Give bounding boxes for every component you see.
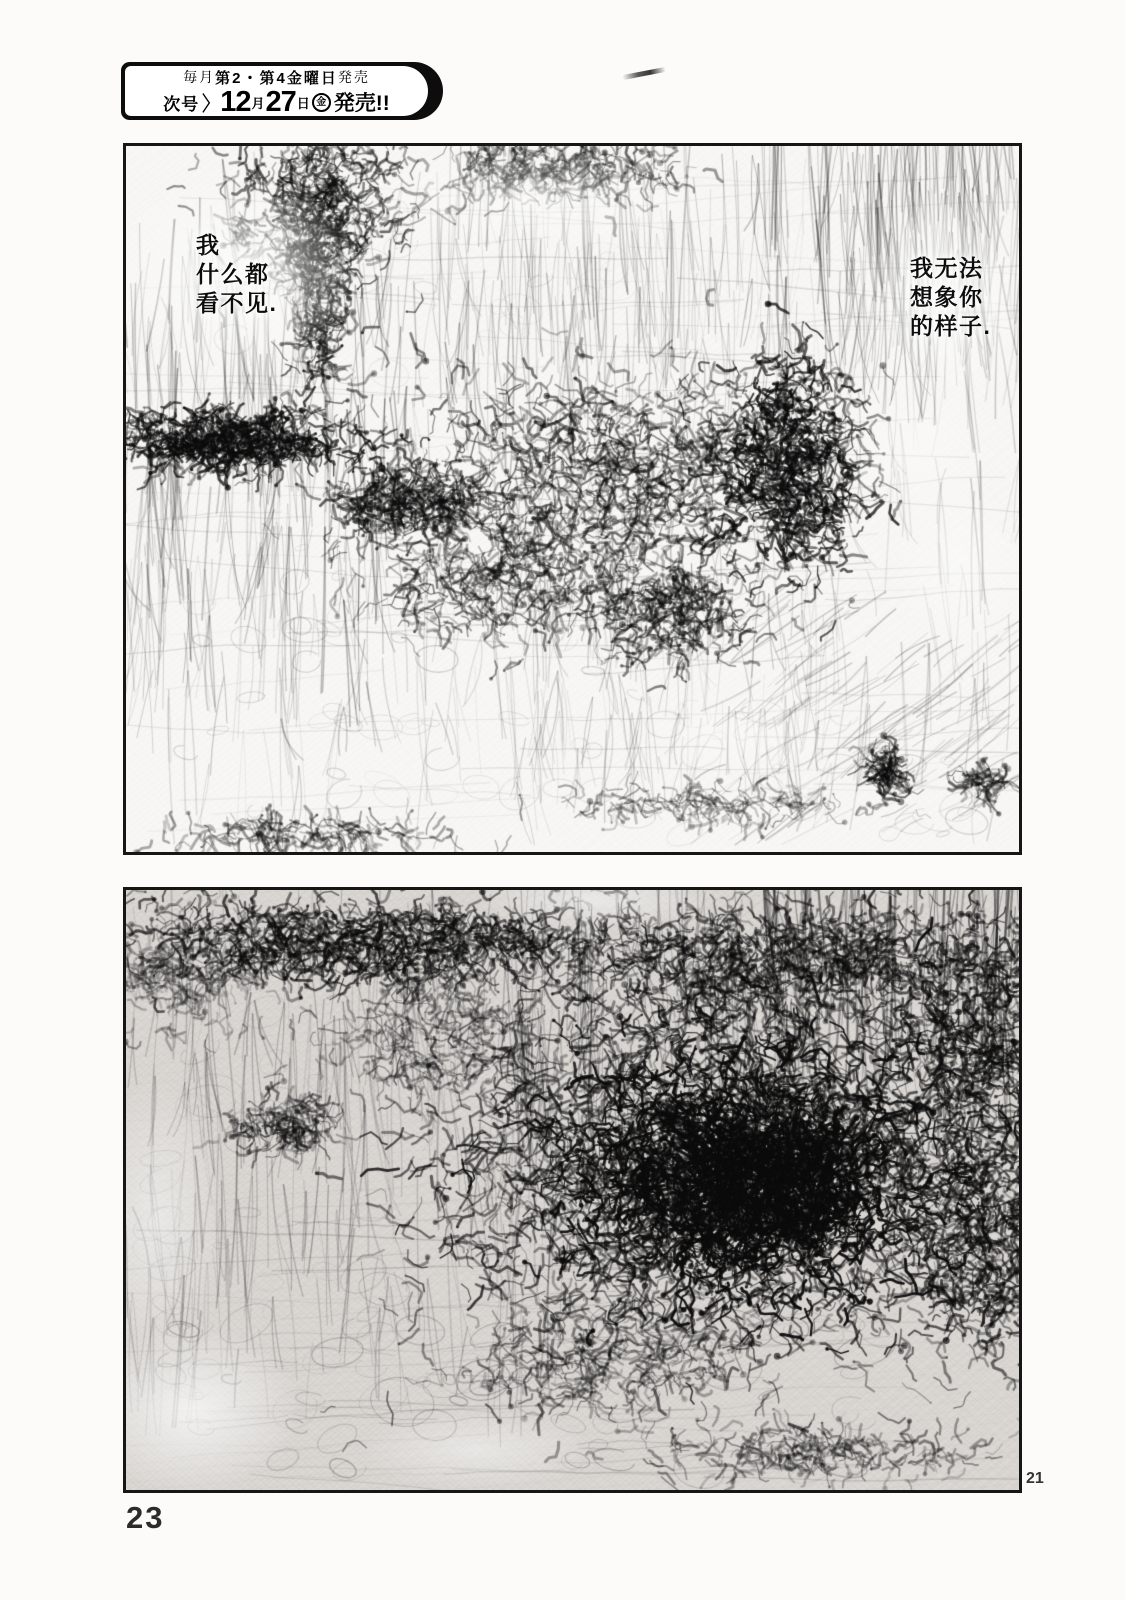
next-issue-banner: 毎月 第2・第4金曜日 発売 次号 〉 12 月 27 日 金 発売!! <box>121 62 443 120</box>
banner-date-month-number: 12 <box>220 89 250 115</box>
banner-date-line: 次号 〉 12 月 27 日 金 発売!! <box>125 87 428 116</box>
speech-right-line: 的样子. <box>910 312 991 341</box>
speech-right: 我无法 想象你 的样子. <box>910 254 991 341</box>
banner-date-month-unit: 月 <box>251 93 264 112</box>
manga-page: 毎月 第2・第4金曜日 発売 次号 〉 12 月 27 日 金 発売!! 我 什… <box>0 0 1125 1600</box>
speech-right-line: 我无法 <box>910 254 991 283</box>
speech-left-line: 什么都 <box>196 260 277 289</box>
panel-page-number: 21 <box>1026 1470 1044 1488</box>
panel-bottom-artwork-canvas <box>126 890 1019 1490</box>
page-number: 23 <box>126 1500 164 1536</box>
stray-pencil-mark <box>622 67 666 80</box>
banner-date-day-unit: 日 <box>297 93 310 112</box>
speech-right-line: 想象你 <box>910 283 991 312</box>
speech-left-line: 看不见. <box>196 289 277 318</box>
circled-friday-icon: 金 <box>312 93 331 112</box>
chevron-right-icon: 〉 <box>202 88 218 116</box>
speech-left: 我 什么都 看不见. <box>196 231 277 318</box>
banner-date-day-number: 27 <box>266 89 296 115</box>
banner-schedule-strong: 第2・第4金曜日 <box>215 67 338 88</box>
speech-left-line: 我 <box>196 231 277 260</box>
banner-schedule-prefix: 毎月 <box>183 67 215 87</box>
banner-next-issue-label: 次号 <box>163 90 199 115</box>
banner-schedule-line: 毎月 第2・第4金曜日 発売 <box>125 66 428 87</box>
banner-release-label: 発売!! <box>334 87 390 116</box>
banner-schedule-suffix: 発売 <box>338 67 370 87</box>
next-issue-banner-inner: 毎月 第2・第4金曜日 発売 次号 〉 12 月 27 日 金 発売!! <box>125 66 428 116</box>
panel-bottom <box>123 887 1022 1493</box>
